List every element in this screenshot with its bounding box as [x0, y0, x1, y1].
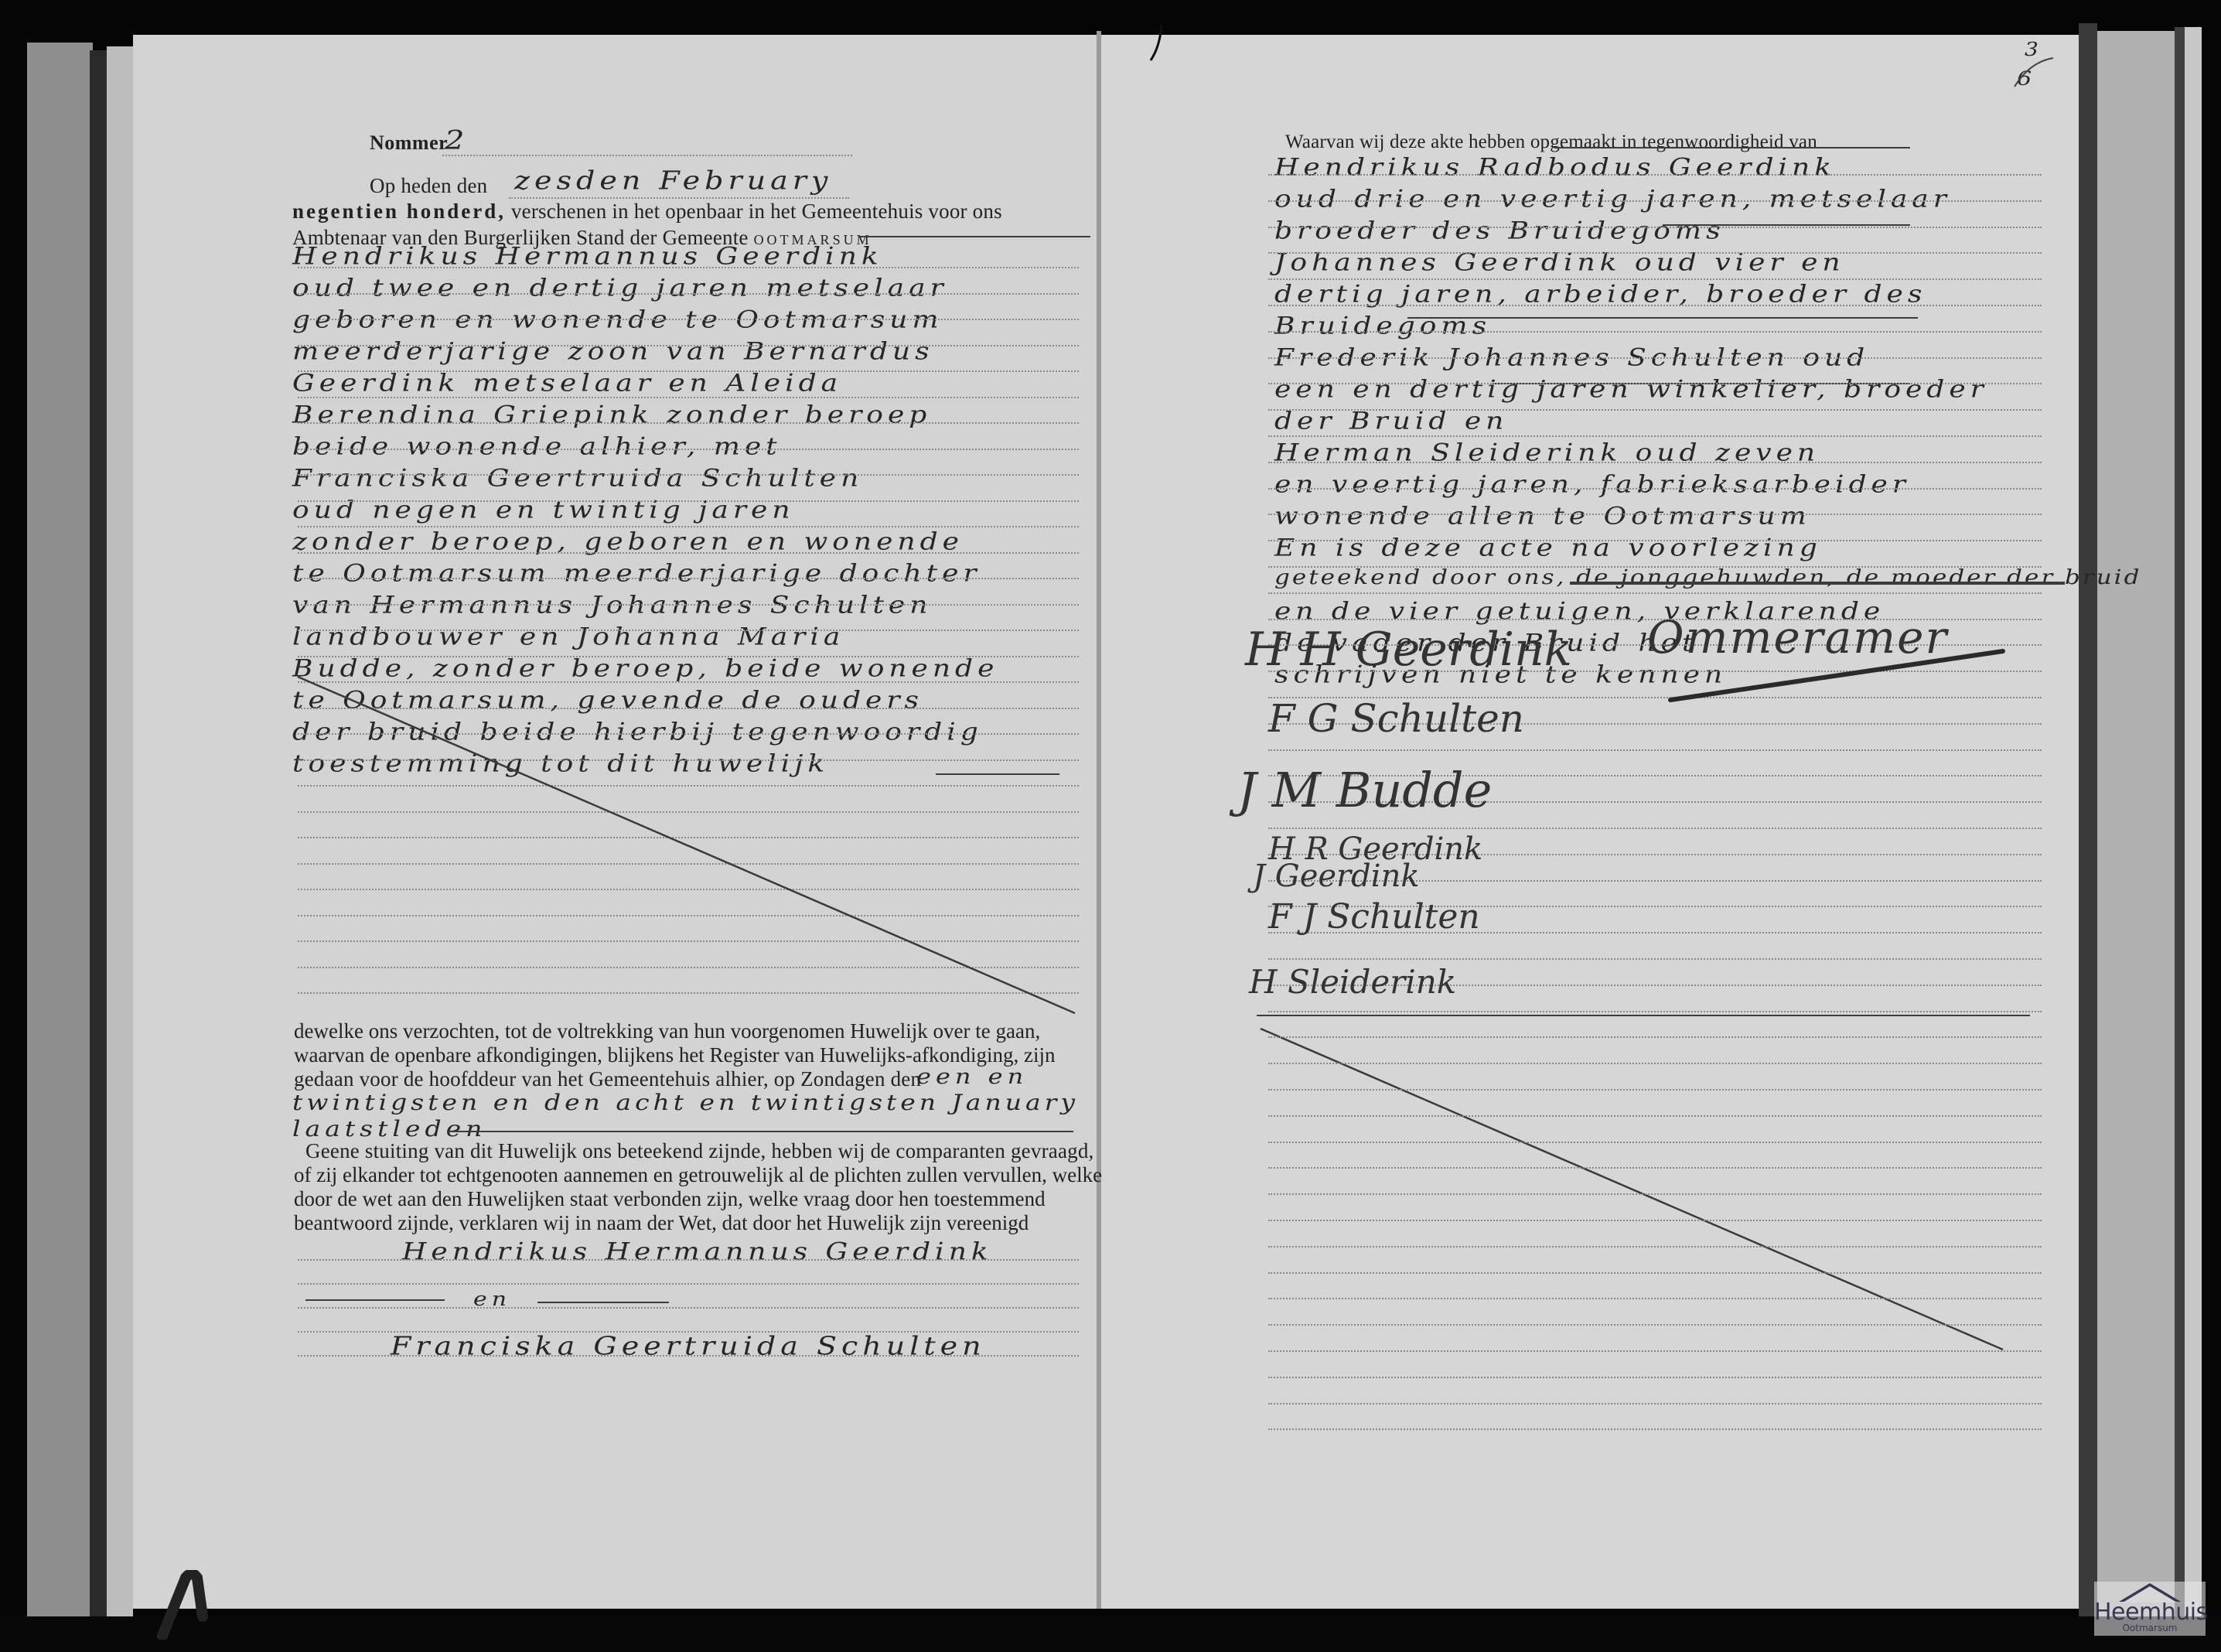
registrar-flourish: [1663, 642, 2011, 704]
handwritten-line: dertig jaren, arbeider, broeder des: [1274, 281, 1926, 308]
ruled-line: [1268, 566, 2042, 568]
ruled-line: [1268, 1063, 2042, 1064]
ruled-line: [1268, 540, 2042, 541]
ruled-line: [1268, 1167, 2042, 1169]
ruled-line: [1268, 1350, 2042, 1352]
heemhuis-logo: Heemhuis Ootmarsum: [2094, 1582, 2206, 1636]
ruled-line: [1268, 1089, 2042, 1091]
printed-paragraph-line: beantwoord zijnde, verklaren wij in naam…: [294, 1211, 1075, 1235]
ruled-line: [1268, 828, 2042, 829]
handwritten-line: oud drie en veertig jaren, metselaar: [1274, 186, 1951, 213]
ruled-line: [1268, 1036, 2042, 1038]
ruled-line: [1268, 200, 2042, 202]
ruled-line: [1268, 1298, 2042, 1299]
printed-paragraph-line: door de wet aan den Huwelijken staat ver…: [294, 1187, 1075, 1211]
folio-stroke: [2011, 54, 2057, 93]
ruled-line: [1268, 252, 2042, 254]
ink-mark: [1145, 23, 1168, 66]
ruled-line: [1268, 1324, 2042, 1326]
ruled-line: [1268, 383, 2042, 384]
ruled-line: [1268, 1115, 2042, 1117]
printed-paragraph-line: Geene stuiting van dit Huwelijk ons bete…: [305, 1139, 1093, 1163]
ruled-line: [1268, 1142, 2042, 1143]
ruled-line: [1268, 488, 2042, 490]
handwritten-line: wonende allen te Ootmarsum: [1274, 503, 1811, 530]
ruled-line: [1268, 1272, 2042, 1274]
handwritten-line: der Bruid en: [1274, 408, 1508, 435]
handwritten-line: Hendrikus Radbodus Geerdink: [1274, 154, 1836, 181]
ruled-line: [1268, 592, 2042, 594]
ruled-line: [1268, 1377, 2042, 1378]
signature-witness-3: F J Schulten: [1268, 897, 1480, 937]
banns-date-part: twintigsten en den acht en twintigsten J…: [292, 1090, 1079, 1115]
signature-groom: H H Geerdink: [1245, 623, 1572, 677]
ruled-line: [1268, 1011, 2042, 1012]
ruled-line: [1268, 227, 2042, 228]
handwritten-line: geteekend door ons, de jonggehuwden, de …: [1274, 565, 2141, 589]
ruled-line: [1268, 1220, 2042, 1221]
handwritten-line: broeder des Bruidegoms: [1274, 217, 1725, 244]
ruled-line: [1268, 409, 2042, 411]
ruled-line: [1268, 435, 2042, 437]
signature-witness-4: H Sleiderink: [1249, 963, 1456, 1001]
printed-paragraph-line: of zij elkander tot echtgenooten aanneme…: [294, 1163, 1075, 1187]
printed-paragraph-line: dewelke ons verzochten, tot de voltrekki…: [294, 1019, 1075, 1043]
ruled-line: [1268, 958, 2042, 960]
page-clip: [155, 1570, 209, 1640]
ruled-line: [1268, 749, 2042, 751]
ruled-line: [1268, 278, 2042, 280]
ruled-line: [1268, 1428, 2042, 1430]
banns-date-part: laatstleden: [292, 1116, 486, 1142]
ruled-line: [1268, 514, 2042, 515]
ruled-line: [1268, 1246, 2042, 1248]
cross-out-lines: [0, 0, 2221, 1652]
ruled-line: [1268, 1193, 2042, 1195]
signature-bride: F G Schulten: [1268, 696, 1524, 741]
signature-witness-2: J Geerdink: [1253, 858, 1420, 894]
ruled-line: [1268, 305, 2042, 306]
ruled-line: [1268, 357, 2042, 359]
ruled-line: [1268, 1403, 2042, 1405]
house-roof-icon: [2119, 1583, 2181, 1602]
groom-name: Hendrikus Hermannus Geerdink: [402, 1238, 993, 1265]
handwritten-line: En is deze acte na voorlezing: [1274, 534, 1822, 561]
witness-intro: Waarvan wij deze akte hebben opgemaakt i…: [1285, 131, 1817, 153]
banns-date-part: een en: [916, 1064, 1028, 1089]
ruled-line: [1268, 331, 2042, 333]
printed-paragraph-line: gedaan voor de hoofddeur van het Gemeent…: [294, 1067, 921, 1091]
handwritten-line: een en dertig jaren winkelier, broeder: [1274, 376, 1988, 403]
logo-name: Heemhuis: [2094, 1602, 2206, 1623]
signature-mother-of-bride: J M Budde: [1237, 762, 1492, 818]
handwritten-line: en veertig jaren, fabrieksarbeider: [1274, 471, 1910, 498]
ruled-line: [1268, 174, 2042, 176]
ruled-line: [1268, 462, 2042, 463]
